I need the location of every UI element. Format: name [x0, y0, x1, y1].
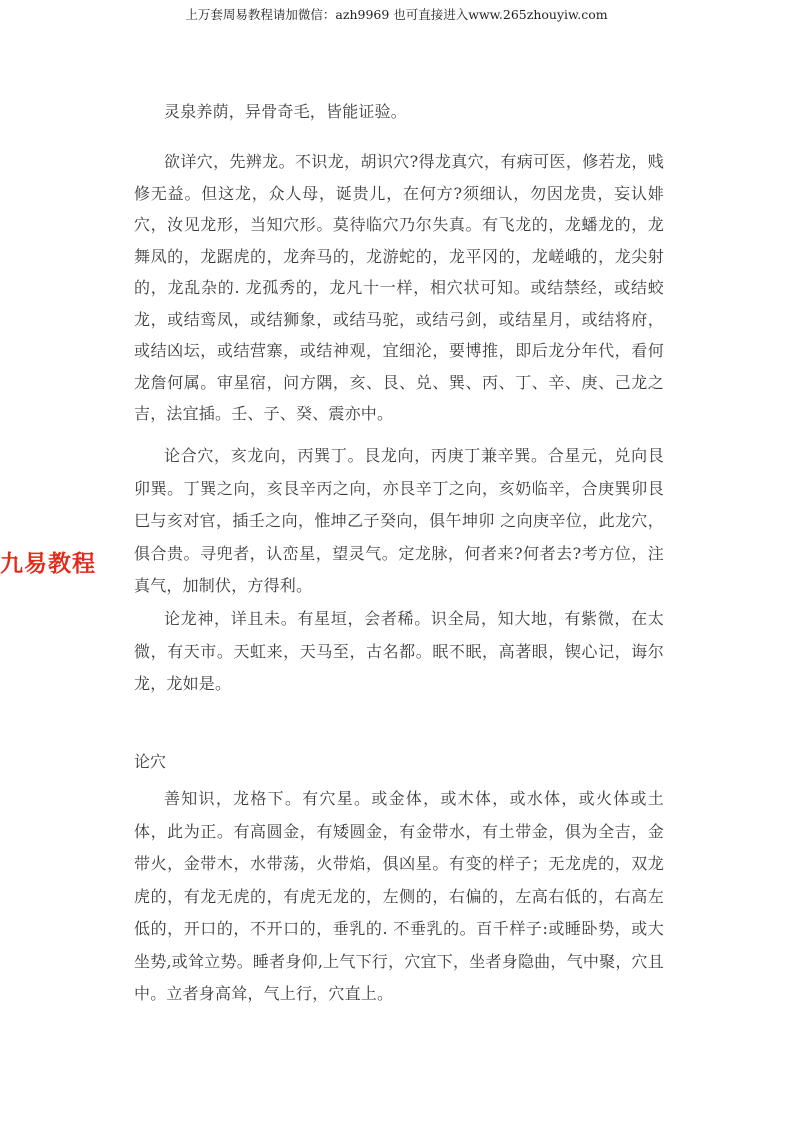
paragraph: 灵泉养荫，异骨奇毛，皆能证验。: [134, 96, 664, 128]
paragraph: 善知识，龙格下。有穴星。或金体，或木体，或水体，或火体或土体，此为正。有高圆金，…: [134, 783, 664, 1011]
section-heading: 论穴: [134, 751, 166, 773]
watermark-logo: 九易教程: [0, 545, 96, 578]
paragraph: 论合穴，亥龙向，丙巽丁。艮龙向，丙庚丁兼辛巽。合星元，兑向艮卯巽。丁巽之向，亥艮…: [134, 440, 664, 603]
paragraph: 论龙神，详且未。有星垣，会者稀。识全局，知大地，有紫微，在太微，有天市。天虹来，…: [134, 603, 664, 701]
paragraph: 欲详穴，先辨龙。不识龙，胡识穴?得龙真穴，有病可医，修若龙，贱修无益。但这龙，众…: [134, 146, 664, 430]
header-banner: 上万套周易教程请加微信：azh9969 也可直接进入www.265zhouyiw…: [0, 5, 793, 23]
